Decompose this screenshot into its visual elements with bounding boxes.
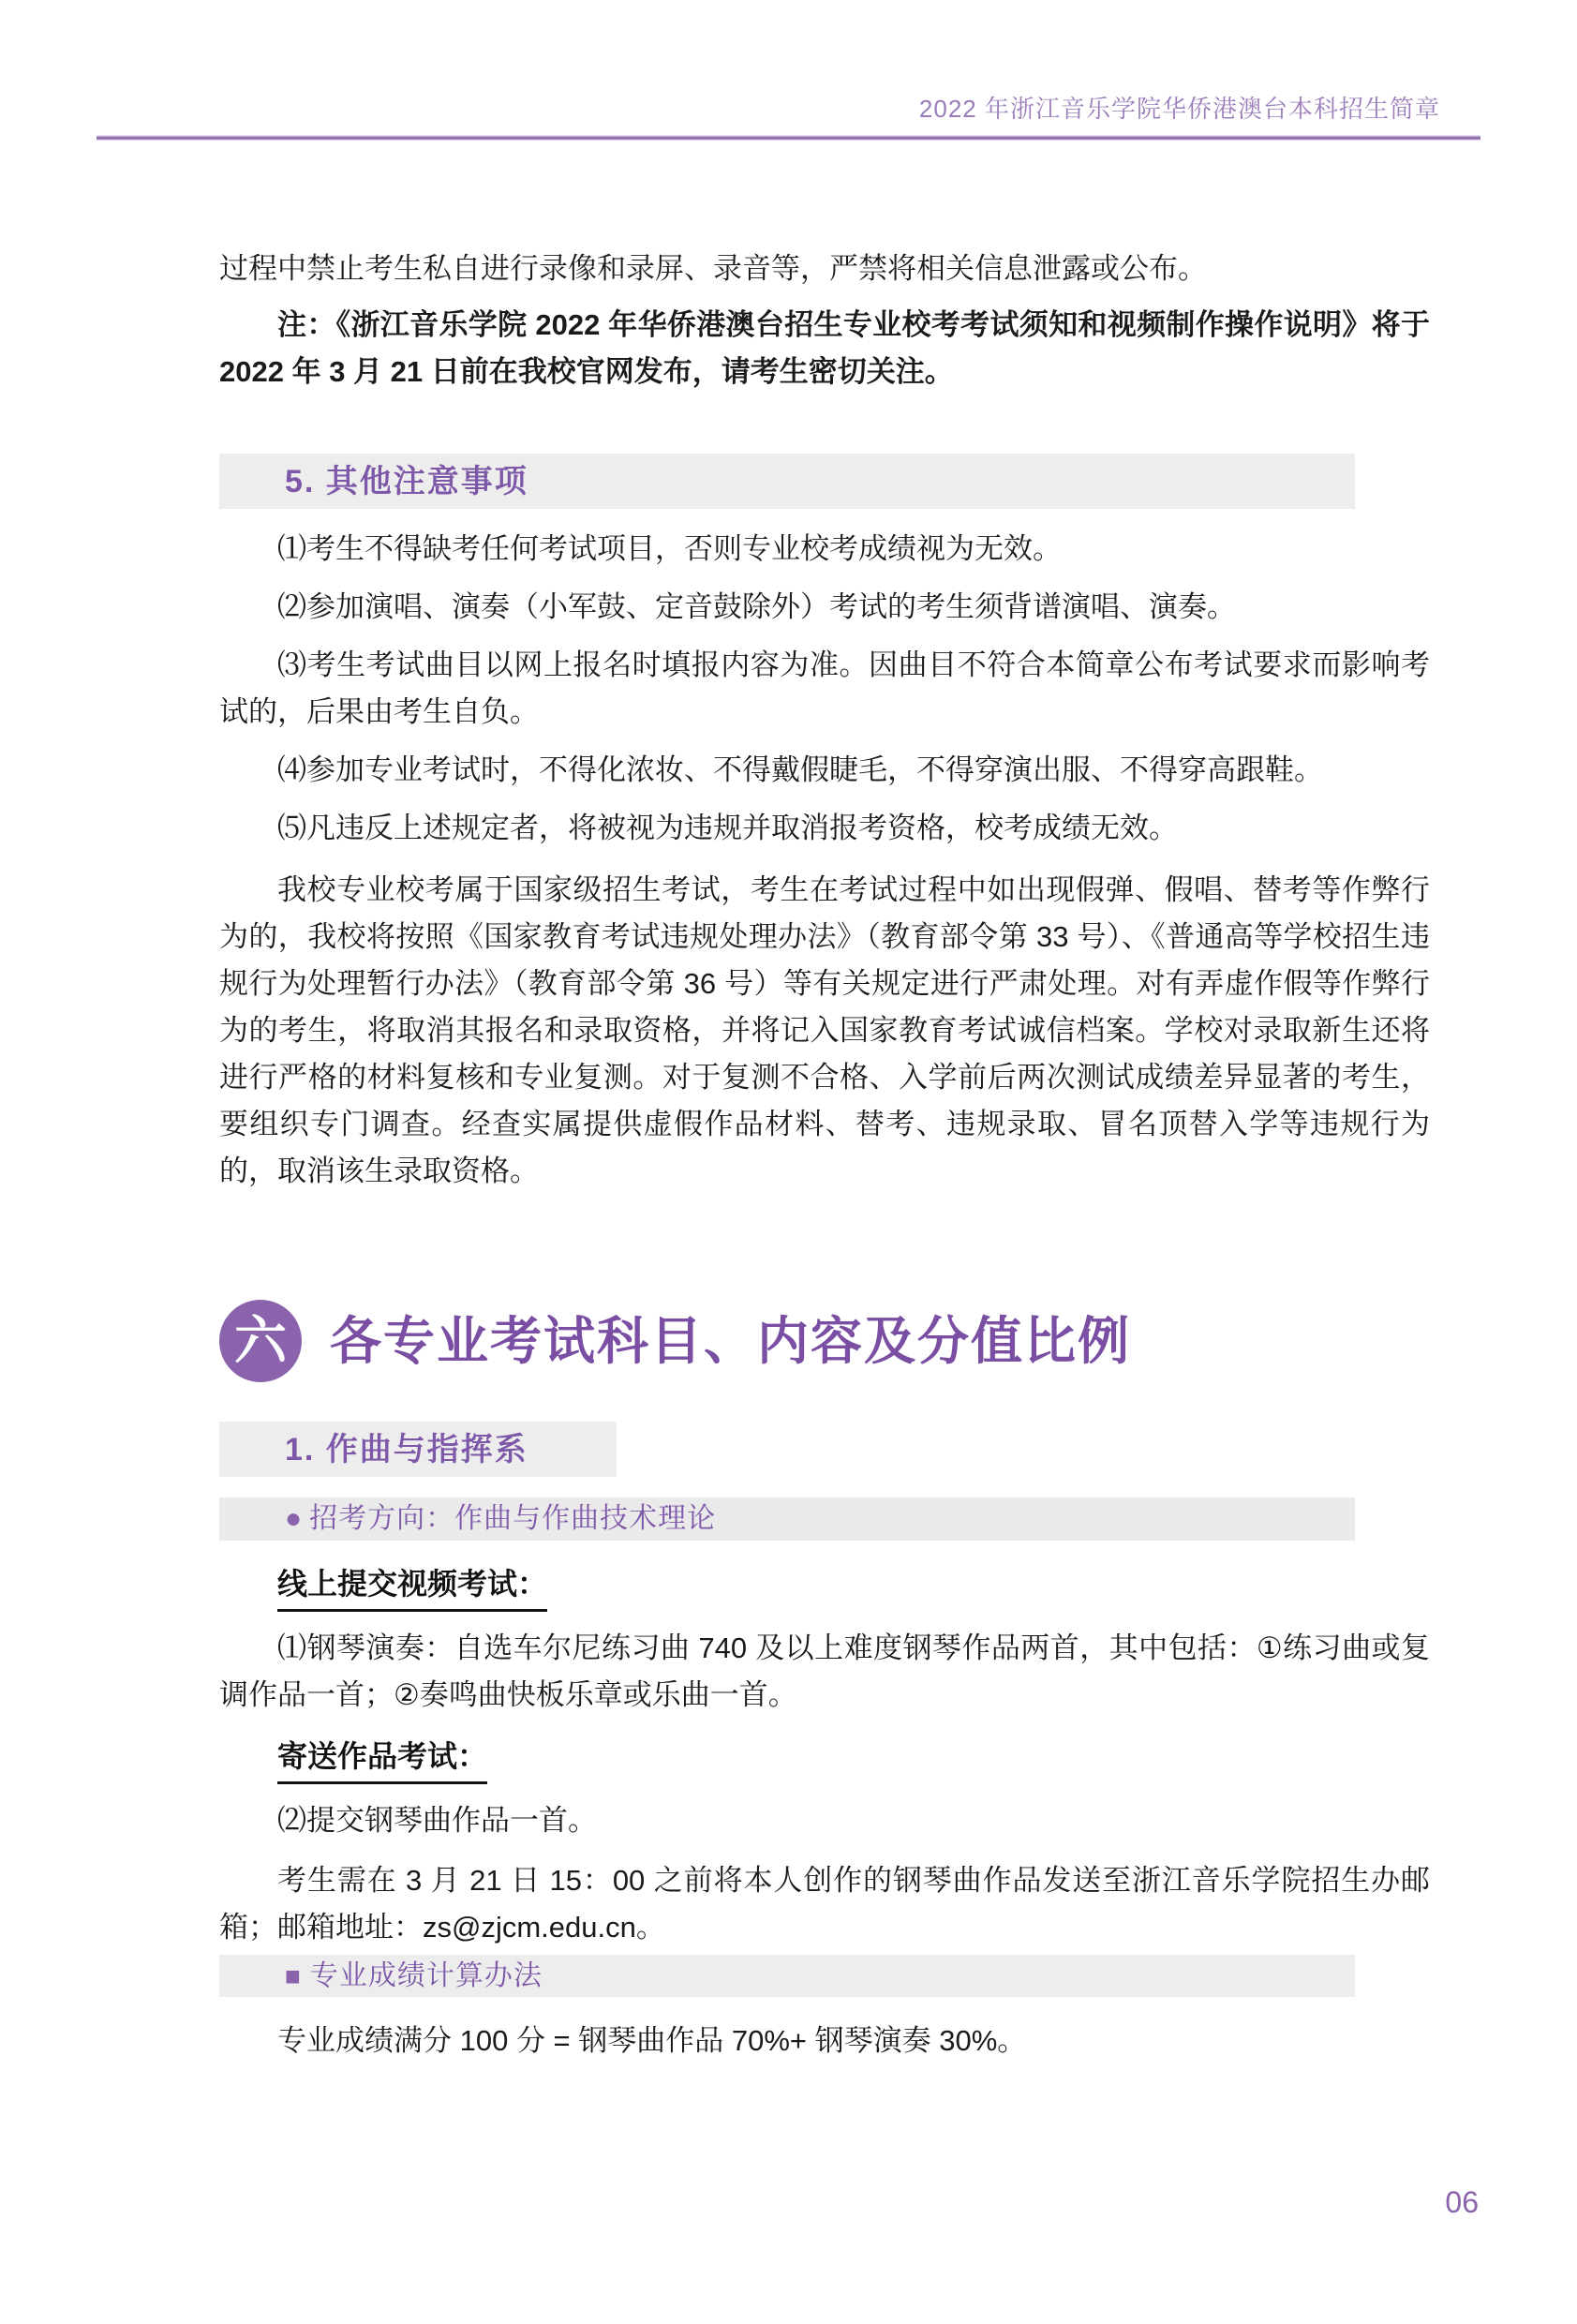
notice-item-1: ⑴考生不得缺考任何考试项目，否则专业校考成绩视为无效。 xyxy=(219,526,1430,573)
score-method-bar: ■ 专业成绩计算办法 xyxy=(219,1955,1355,1997)
mail-exam-label-row: 寄送作品考试： xyxy=(219,1734,1430,1784)
notice-item-5: ⑸凡违反上述规定者，将被视为违规并取消报考资格，校考成绩无效。 xyxy=(219,805,1430,852)
section6-title: 各专业考试科目、内容及分值比例 xyxy=(330,1312,1131,1370)
direction-bar: ● 招考方向：作曲与作曲技术理论 xyxy=(219,1497,1355,1541)
section5-heading-bar: 5. 其他注意事项 xyxy=(219,454,1355,509)
paragraph-recording-ban: 过程中禁止考生私自进行录像和录屏、录音等，严禁将相关信息泄露或公布。 xyxy=(219,246,1430,292)
page-number: 06 xyxy=(1445,2185,1479,2220)
notice-item-3: ⑶考生考试曲目以网上报名时填报内容为准。因曲目不符合本简章公布考试要求而影响考试… xyxy=(219,642,1430,736)
paragraph-note: 注：《浙江音乐学院 2022 年华侨港澳台招生专业校考考试须知和视频制作操作说明… xyxy=(219,302,1430,395)
dept1-heading-bar: 1. 作曲与指挥系 xyxy=(219,1422,617,1477)
page-content: 过程中禁止考生私自进行录像和录屏、录音等，严禁将相关信息泄露或公布。 注：《浙江… xyxy=(219,246,1430,2064)
document-page: 2022 年浙江音乐学院华侨港澳台本科招生简章 过程中禁止考生私自进行录像和录屏… xyxy=(0,0,1577,2324)
round-bullet-icon: ● xyxy=(285,1505,302,1533)
online-exam-label: 线上提交视频考试： xyxy=(277,1565,547,1612)
online-exam-label-row: 线上提交视频考试： xyxy=(219,1561,1430,1612)
direction-label: 招考方向：作曲与作曲技术理论 xyxy=(309,1496,716,1542)
section6-header: 六 各专业考试科目、内容及分值比例 xyxy=(219,1300,1430,1382)
dept1-heading: 1. 作曲与指挥系 xyxy=(285,1426,528,1473)
section6-number-badge: 六 xyxy=(219,1300,302,1382)
online-exam-item: ⑴钢琴演奏：自选车尔尼练习曲 740 及以上难度钢琴作品两首，其中包括：①练习曲… xyxy=(219,1625,1430,1719)
mail-exam-label: 寄送作品考试： xyxy=(277,1737,487,1784)
score-method-heading: 专业成绩计算办法 xyxy=(310,1953,543,2000)
header-divider-line xyxy=(97,135,1480,141)
section5-heading: 5. 其他注意事项 xyxy=(285,458,528,505)
notice-item-2: ⑵参加演唱、演奏（小军鼓、定音鼓除外）考试的考生须背谱演唱、演奏。 xyxy=(219,584,1430,631)
mail-deadline-note: 考生需在 3 月 21 日 15：00 之前将本人创作的钢琴曲作品发送至浙江音乐… xyxy=(219,1857,1430,1951)
notice-item-4: ⑷参加专业考试时，不得化浓妆、不得戴假睫毛，不得穿演出服、不得穿高跟鞋。 xyxy=(219,747,1430,794)
page-header-title: 2022 年浙江音乐学院华侨港澳台本科招生简章 xyxy=(919,95,1440,123)
square-bullet-icon: ■ xyxy=(285,1963,301,1989)
paragraph-cheating-policy: 我校专业校考属于国家级招生考试，考生在考试过程中如出现假弹、假唱、替考等作弊行为… xyxy=(219,867,1430,1195)
mail-exam-item: ⑵提交钢琴曲作品一首。 xyxy=(219,1797,1430,1844)
score-formula-text: 专业成绩满分 100 分 = 钢琴曲作品 70%+ 钢琴演奏 30%。 xyxy=(219,2018,1430,2064)
